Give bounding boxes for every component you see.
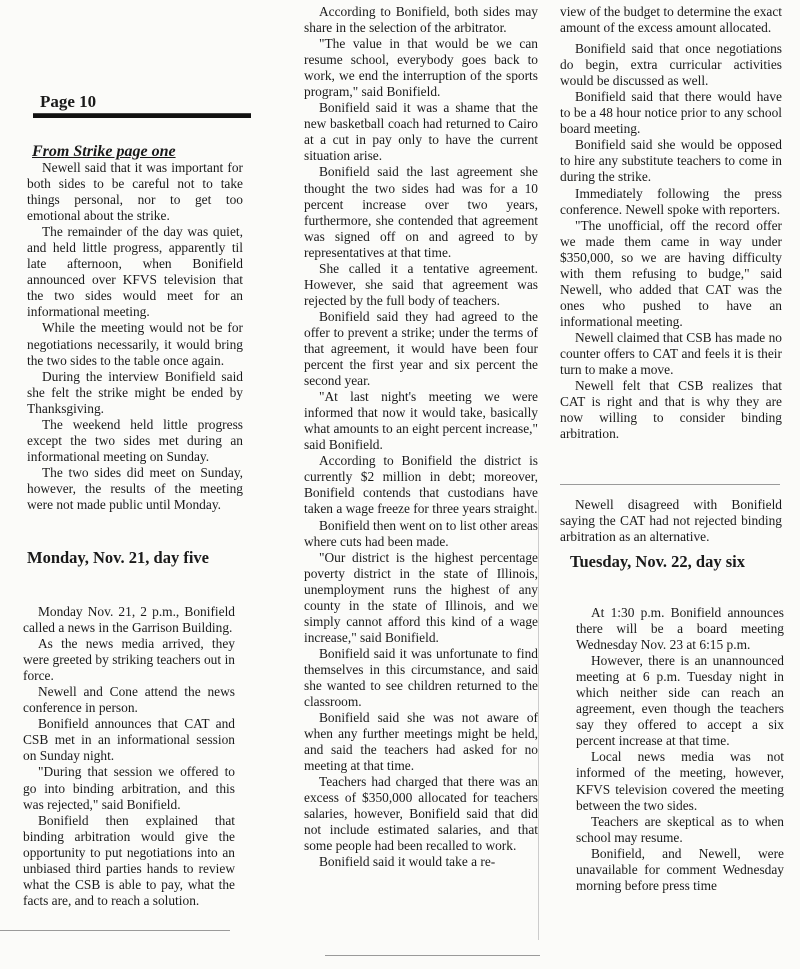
paragraph: Bonifield said she was not aware of when… [304, 710, 538, 774]
paragraph: The two sides did meet on Sunday, howeve… [27, 465, 243, 513]
paragraph: Immediately following the press conferen… [560, 186, 782, 218]
paragraph: Teachers are skeptical as to when school… [576, 814, 784, 846]
paragraph: Newell and Cone attend the news conferen… [23, 684, 235, 716]
paragraph: Bonifield said it was unfortunate to fin… [304, 646, 538, 710]
section-heading-tuesday: Tuesday, Nov. 22, day six [570, 552, 745, 572]
paragraph: Bonifield said they had agreed to the of… [304, 309, 538, 389]
paragraph: Bonifield said the last agreement she th… [304, 164, 538, 260]
paragraph: Bonifield said that once negotiations do… [560, 41, 782, 89]
paragraph: According to Bonifield the district is c… [304, 453, 538, 517]
paragraph: Bonifield said it was a shame that the n… [304, 100, 538, 164]
paragraph: However, there is an unannounced meeting… [576, 653, 784, 749]
tuesday-section-body: At 1:30 p.m. Bonifield announces there w… [576, 605, 784, 894]
paragraph: Newell said that it was important for bo… [27, 160, 243, 224]
paragraph: She called it a tentative agreement. How… [304, 261, 538, 309]
paragraph: Bonifield then went on to list other are… [304, 518, 538, 550]
paragraph-continued: view of the budget to determine the exac… [560, 4, 782, 36]
paragraph: "The value in that would be we can resum… [304, 36, 538, 100]
monday-section-body: Monday Nov. 21, 2 p.m., Bonifield called… [23, 604, 235, 909]
paragraph: "At last night's meeting we were informe… [304, 389, 538, 453]
column-3-after-separator: Newell disagreed with Bonifield saying t… [560, 497, 782, 545]
paragraph: The weekend held little progress except … [27, 417, 243, 465]
column-divider [538, 500, 539, 940]
paragraph: Bonifield said she would be opposed to h… [560, 137, 782, 185]
page-rule [33, 113, 251, 118]
column-2-bottom-rule [325, 955, 540, 956]
paragraph: Newell claimed that CSB has made no coun… [560, 330, 782, 378]
paragraph: Monday Nov. 21, 2 p.m., Bonifield called… [23, 604, 235, 636]
column-3-article: view of the budget to determine the exac… [560, 4, 782, 442]
column-1-bottom-rule [0, 930, 230, 931]
paragraph: Newell disagreed with Bonifield saying t… [560, 497, 782, 545]
section-heading-monday: Monday, Nov. 21, day five [27, 548, 209, 568]
paragraph: Bonifield, and Newell, were unavailable … [576, 846, 784, 894]
paragraph: Newell felt that CSB realizes that CAT i… [560, 378, 782, 442]
paragraph: According to Bonifield, both sides may s… [304, 4, 538, 36]
page-label: Page 10 [40, 92, 96, 112]
column-2-article: According to Bonifield, both sides may s… [304, 4, 538, 871]
column-1-article: Newell said that it was important for bo… [27, 160, 243, 513]
paragraph: Teachers had charged that there was an e… [304, 774, 538, 854]
paragraph: "The unofficial, off the record offer we… [560, 218, 782, 330]
column-3-separator [560, 484, 780, 485]
paragraph: "During that session we offered to go in… [23, 764, 235, 812]
paragraph: "Our district is the highest percentage … [304, 550, 538, 646]
paragraph: During the interview Bonifield said she … [27, 369, 243, 417]
paragraph: Local news media was not informed of the… [576, 749, 784, 813]
paragraph: As the news media arrived, they were gre… [23, 636, 235, 684]
paragraph: Bonifield announces that CAT and CSB met… [23, 716, 235, 764]
paragraph: The remainder of the day was quiet, and … [27, 224, 243, 320]
paragraph: Bonifield said it would take a re- [304, 854, 538, 870]
jump-heading: From Strike page one [32, 143, 176, 161]
paragraph: Bonifield said that there would have to … [560, 89, 782, 137]
paragraph: Bonifield then explained that binding ar… [23, 813, 235, 909]
paragraph: At 1:30 p.m. Bonifield announces there w… [576, 605, 784, 653]
paragraph: While the meeting would not be for negot… [27, 320, 243, 368]
